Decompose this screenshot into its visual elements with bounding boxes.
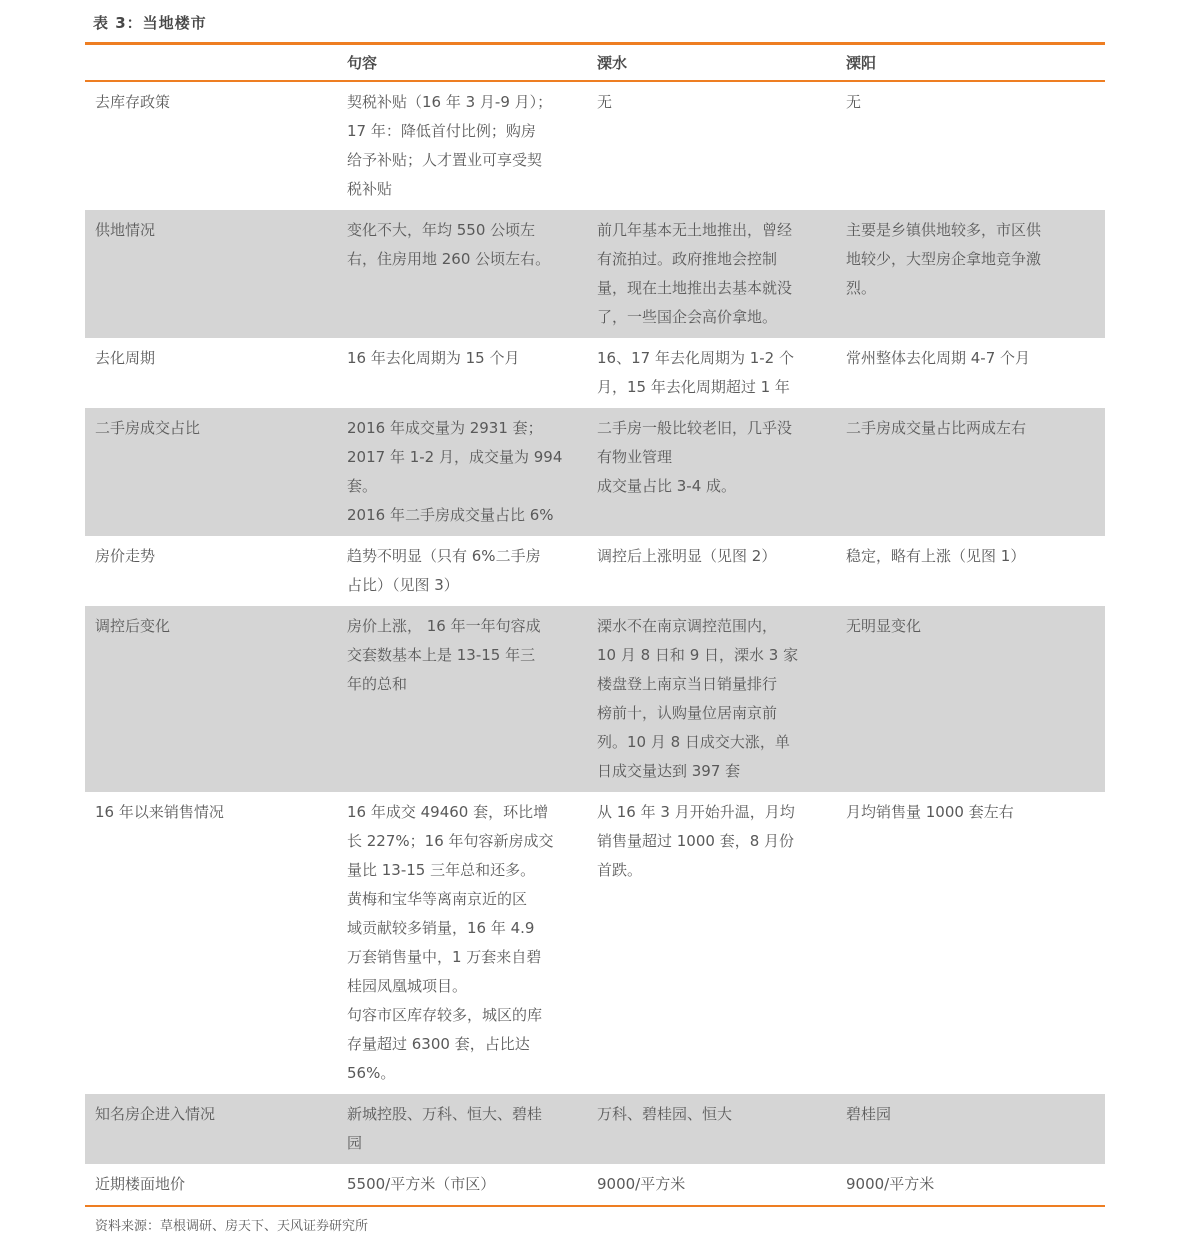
table-cell: 稳定，略有上涨（见图 1） [836, 536, 1105, 606]
table-row: 去化周期16 年去化周期为 15 个月16、17 年去化周期为 1-2 个 月，… [85, 338, 1105, 408]
table-cell: 16 年去化周期为 15 个月 [337, 338, 587, 408]
table-cell: 变化不大，年均 550 公顷左 右，住房用地 260 公顷左右。 [337, 210, 587, 338]
table-cell: 契税补贴（16 年 3 月-9 月）； 17 年：降低首付比例；购房 给予补贴；… [337, 81, 587, 210]
row-label: 去库存政策 [85, 81, 337, 210]
row-label: 16 年以来销售情况 [85, 792, 337, 1094]
header-row: 句容 溧水 溧阳 [85, 44, 1105, 82]
table-cell: 月均销售量 1000 套左右 [836, 792, 1105, 1094]
table-cell: 碧桂园 [836, 1094, 1105, 1164]
header-cell-row-label [85, 44, 337, 82]
table-body: 去库存政策契税补贴（16 年 3 月-9 月）； 17 年：降低首付比例；购房 … [85, 81, 1105, 1206]
table-row: 供地情况变化不大，年均 550 公顷左 右，住房用地 260 公顷左右。前几年基… [85, 210, 1105, 338]
row-label: 去化周期 [85, 338, 337, 408]
table-cell: 趋势不明显（只有 6%二手房 占比）（见图 3） [337, 536, 587, 606]
table-cell: 9000/平方米 [836, 1164, 1105, 1206]
table-cell: 万科、碧桂园、恒大 [587, 1094, 836, 1164]
table-cell: 调控后上涨明显（见图 2） [587, 536, 836, 606]
header-cell-liyang: 溧阳 [836, 44, 1105, 82]
header-cell-lishui: 溧水 [587, 44, 836, 82]
table-header: 句容 溧水 溧阳 [85, 44, 1105, 82]
table-row: 二手房成交占比2016 年成交量为 2931 套； 2017 年 1-2 月，成… [85, 408, 1105, 536]
table-cell: 5500/平方米（市区） [337, 1164, 587, 1206]
table-cell: 常州整体去化周期 4-7 个月 [836, 338, 1105, 408]
table-row: 近期楼面地价5500/平方米（市区）9000/平方米9000/平方米 [85, 1164, 1105, 1206]
table-row: 房价走势趋势不明显（只有 6%二手房 占比）（见图 3）调控后上涨明显（见图 2… [85, 536, 1105, 606]
row-label: 调控后变化 [85, 606, 337, 792]
row-label: 二手房成交占比 [85, 408, 337, 536]
source-note: 资料来源：草根调研、房天下、天风证券研究所 [95, 1215, 1105, 1234]
table-title: 表 3：当地楼市 [93, 12, 1105, 33]
table-cell: 前几年基本无土地推出，曾经 有流拍过。政府推地会控制 量，现在土地推出去基本就没… [587, 210, 836, 338]
table-cell: 二手房一般比较老旧，几乎没 有物业管理 成交量占比 3-4 成。 [587, 408, 836, 536]
table-cell: 新城控股、万科、恒大、碧桂 园 [337, 1094, 587, 1164]
table-cell: 溧水不在南京调控范围内， 10 月 8 日和 9 日，溧水 3 家 楼盘登上南京… [587, 606, 836, 792]
table-row: 调控后变化房价上涨， 16 年一年句容成 交套数基本上是 13-15 年三 年的… [85, 606, 1105, 792]
report-table-section: 表 3：当地楼市 句容 溧水 溧阳 去库存政策契税补贴（16 年 3 月-9 月… [85, 12, 1105, 1234]
header-cell-jurong: 句容 [337, 44, 587, 82]
table-row: 去库存政策契税补贴（16 年 3 月-9 月）； 17 年：降低首付比例；购房 … [85, 81, 1105, 210]
row-label: 房价走势 [85, 536, 337, 606]
table-cell: 无明显变化 [836, 606, 1105, 792]
table-cell: 二手房成交量占比两成左右 [836, 408, 1105, 536]
table-cell: 从 16 年 3 月开始升温，月均 销售量超过 1000 套，8 月份 首跌。 [587, 792, 836, 1094]
table-row: 知名房企进入情况新城控股、万科、恒大、碧桂 园万科、碧桂园、恒大碧桂园 [85, 1094, 1105, 1164]
table-cell: 主要是乡镇供地较多，市区供 地较少，大型房企拿地竞争激 烈。 [836, 210, 1105, 338]
table-cell: 2016 年成交量为 2931 套； 2017 年 1-2 月，成交量为 994… [337, 408, 587, 536]
row-label: 近期楼面地价 [85, 1164, 337, 1206]
table-row: 16 年以来销售情况16 年成交 49460 套，环比增 长 227%；16 年… [85, 792, 1105, 1094]
table-cell: 房价上涨， 16 年一年句容成 交套数基本上是 13-15 年三 年的总和 [337, 606, 587, 792]
table-cell: 无 [836, 81, 1105, 210]
table-cell: 16、17 年去化周期为 1-2 个 月，15 年去化周期超过 1 年 [587, 338, 836, 408]
table-cell: 16 年成交 49460 套，环比增 长 227%；16 年句容新房成交 量比 … [337, 792, 587, 1094]
table-cell: 无 [587, 81, 836, 210]
local-housing-market-table: 句容 溧水 溧阳 去库存政策契税补贴（16 年 3 月-9 月）； 17 年：降… [85, 42, 1105, 1207]
row-label: 知名房企进入情况 [85, 1094, 337, 1164]
table-cell: 9000/平方米 [587, 1164, 836, 1206]
row-label: 供地情况 [85, 210, 337, 338]
